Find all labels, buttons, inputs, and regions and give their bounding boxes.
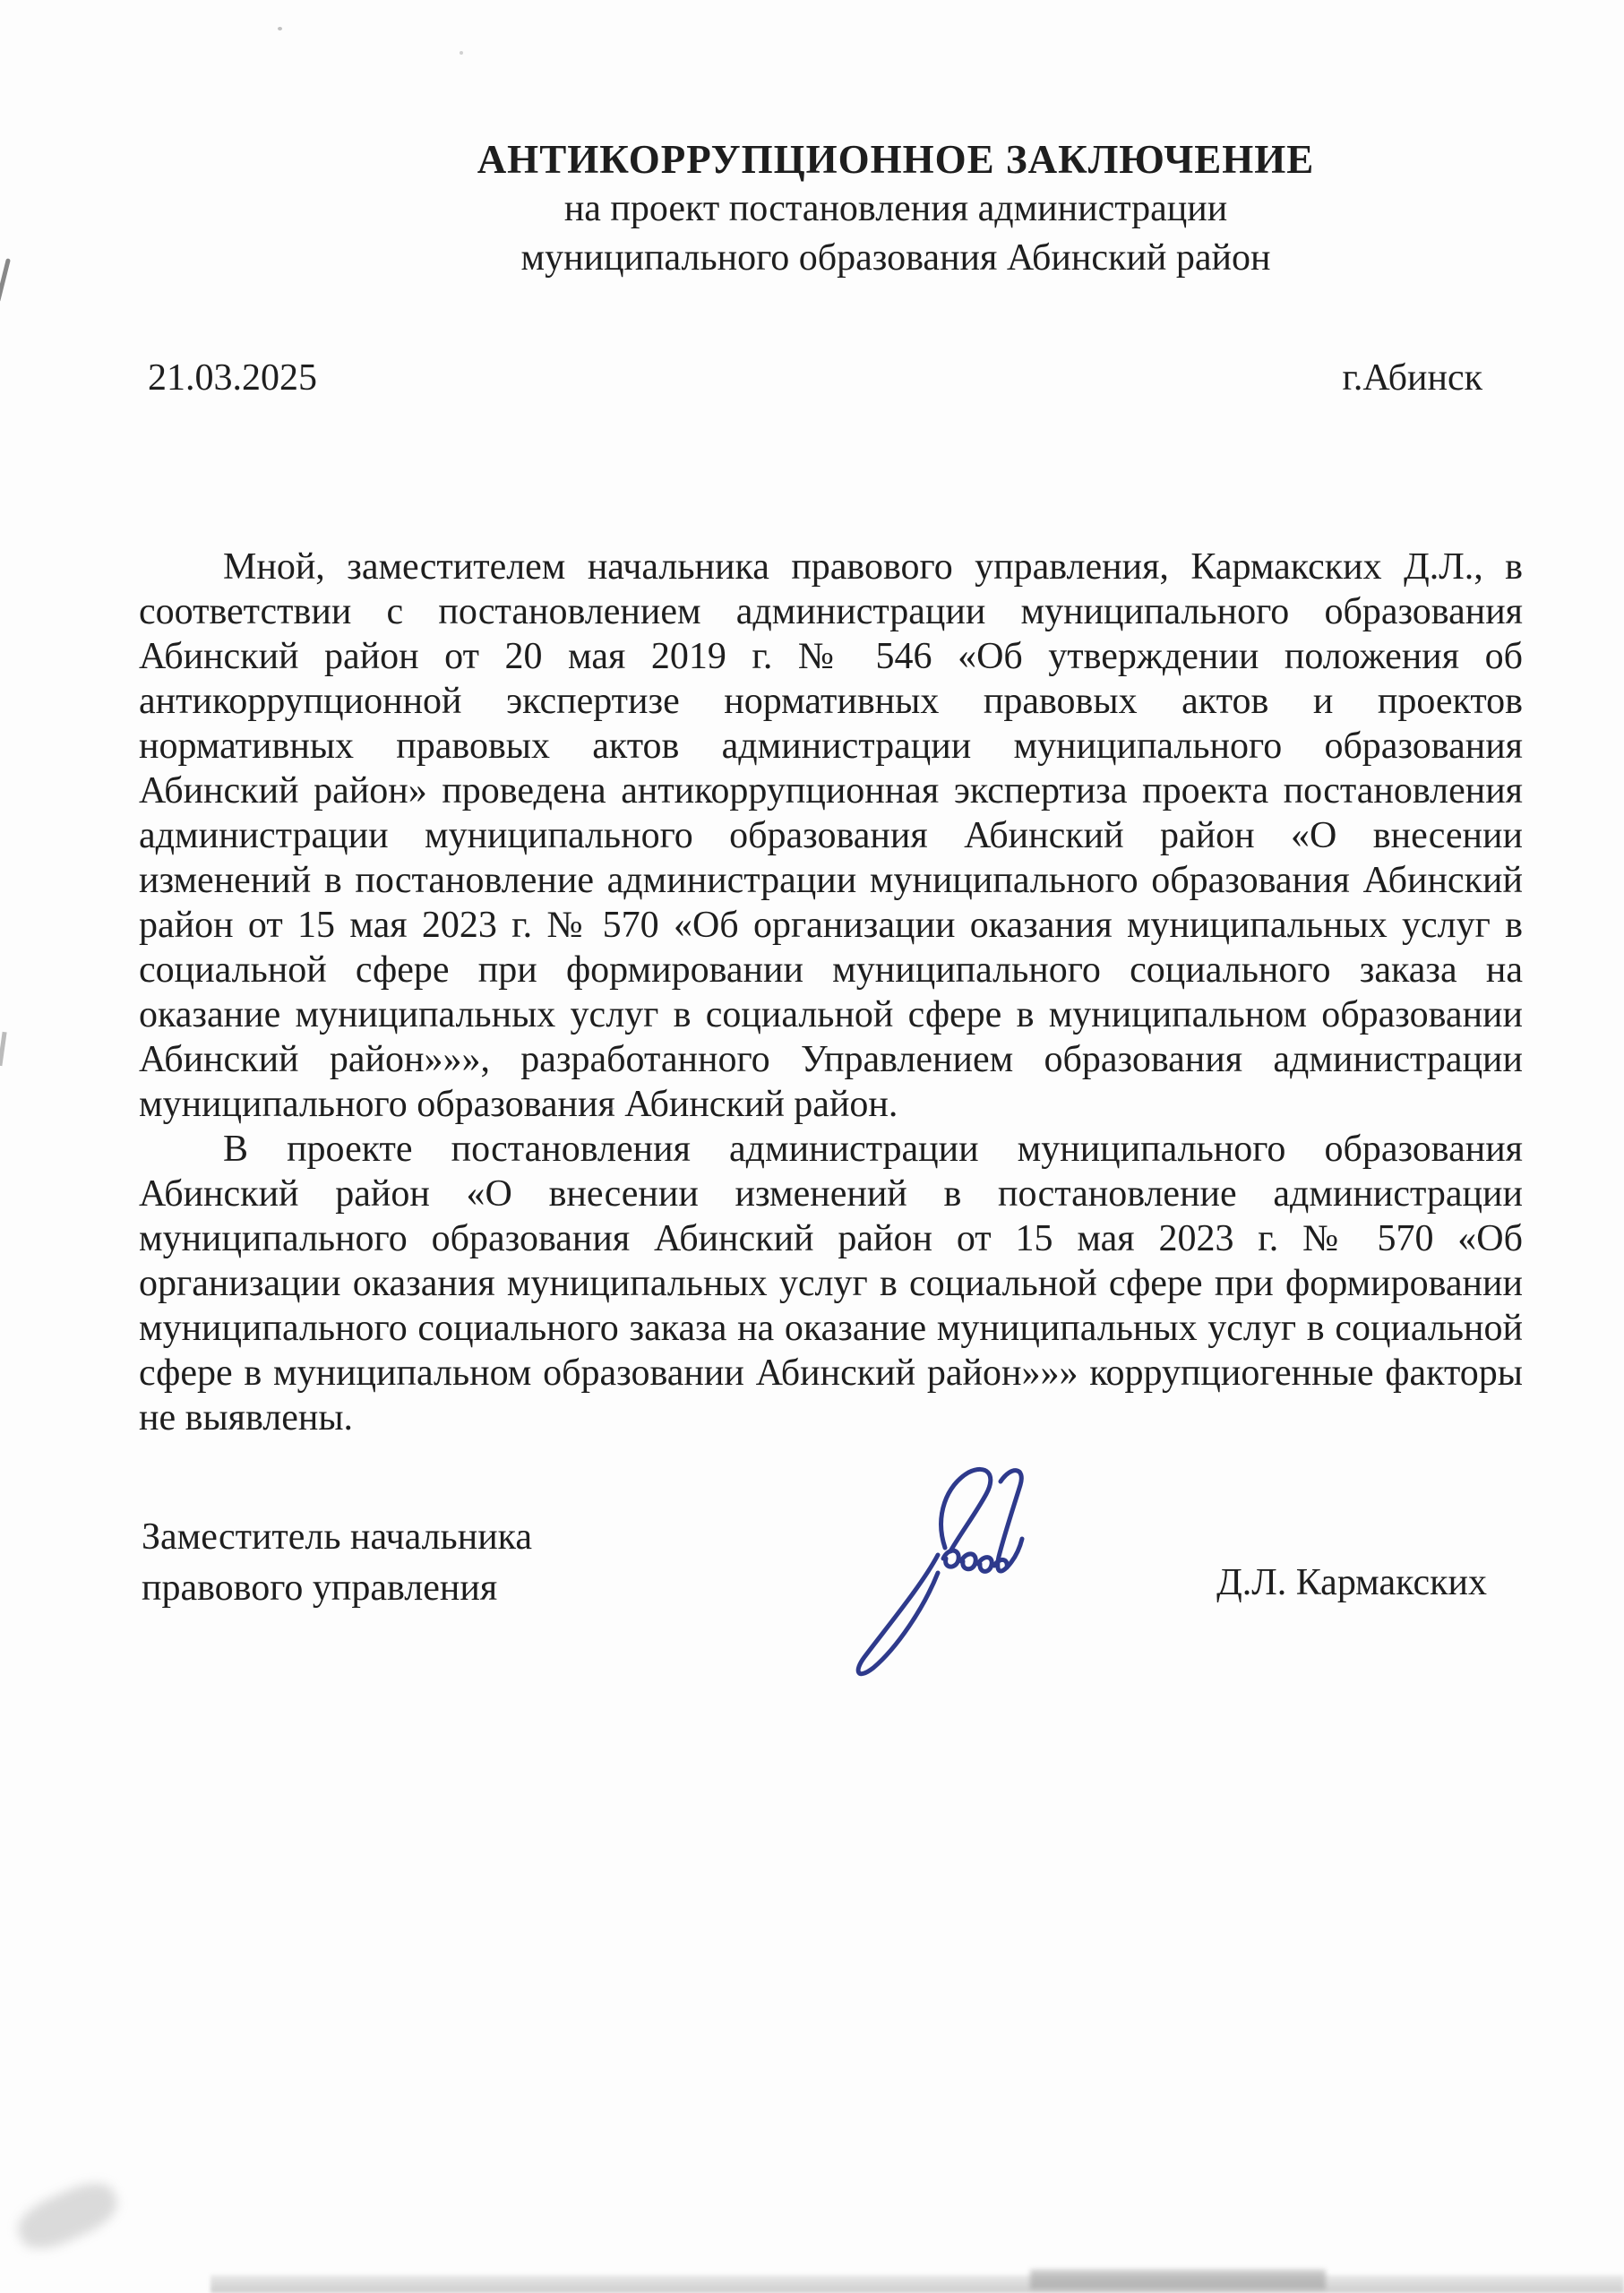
document-body: Мной, заместителем начальника правового … <box>139 545 1523 1440</box>
body-paragraph: В проекте постановления администрации му… <box>139 1127 1523 1440</box>
scan-artifact <box>11 2174 124 2258</box>
document-subtitle-line-2: муниципального образования Абинский райо… <box>170 234 1621 283</box>
document-title: АНТИКОРРУПЦИОННОЕ ЗАКЛЮЧЕНИЕ <box>170 134 1621 185</box>
body-paragraph: Мной, заместителем начальника правового … <box>139 545 1523 1127</box>
signer-position: Заместитель начальника правового управле… <box>142 1512 532 1614</box>
scan-artifact <box>211 2275 1624 2293</box>
scan-artifact <box>460 51 463 55</box>
scan-artifact <box>278 27 282 30</box>
document-header: АНТИКОРРУПЦИОННОЕ ЗАКЛЮЧЕНИЕ на проект п… <box>170 134 1621 283</box>
document-place: г.Абинск <box>1342 356 1482 399</box>
scan-artifact <box>0 1032 7 1066</box>
scanned-document-page: АНТИКОРРУПЦИОННОЕ ЗАКЛЮЧЕНИЕ на проект п… <box>0 0 1624 2293</box>
scan-artifact <box>0 258 11 303</box>
signer-name: Д.Л. Кармакских <box>1216 1561 1487 1604</box>
date-place-row: 21.03.2025 г.Абинск <box>148 356 1482 399</box>
document-subtitle-line-1: на проект постановления администрации <box>170 185 1621 234</box>
scan-artifact <box>1030 2270 1326 2289</box>
document-date: 21.03.2025 <box>148 356 317 399</box>
signer-position-line-1: Заместитель начальника <box>142 1512 532 1563</box>
signer-position-line-2: правового управления <box>142 1563 532 1614</box>
handwritten-signature-icon <box>811 1458 1061 1678</box>
